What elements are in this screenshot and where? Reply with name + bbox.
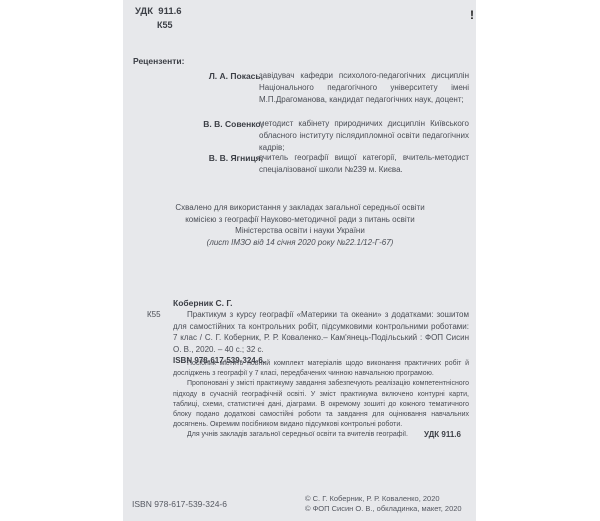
card-index: К55 bbox=[147, 310, 161, 319]
index-code: К55 bbox=[157, 20, 173, 30]
copyright-authors: © С. Г. Коберник, Р. Р. Коваленко, 2020 bbox=[305, 494, 440, 503]
abstract-paragraph: Посібник містить повний комплект матеріа… bbox=[173, 359, 469, 379]
approval-line: Міністерства освіти і науки України bbox=[130, 225, 470, 237]
udk-header: УДК 911.6 bbox=[135, 6, 182, 17]
reviewer-name: Л. А. Покась, bbox=[133, 71, 263, 81]
reviewer-description: методист кабінету природничих дисциплін … bbox=[259, 118, 469, 154]
approval-note: Схвалено для використання у закладах заг… bbox=[130, 202, 470, 248]
approval-letter-ref: (лист ІМЗО від 14 січня 2020 року №22.1/… bbox=[130, 237, 470, 249]
approval-line: Схвалено для використання у закладах заг… bbox=[130, 202, 470, 214]
footer-isbn: ISBN 978-617-539-324-6 bbox=[132, 499, 227, 509]
catalog-card: Практикум з курсу географії «Материки та… bbox=[173, 309, 469, 367]
page-mark: ! bbox=[470, 8, 474, 22]
reviewer-name: В. В. Ягниця, bbox=[133, 153, 263, 163]
udk-bottom: УДК 911.6 bbox=[424, 430, 461, 439]
reviewers-title: Рецензенти: bbox=[133, 56, 184, 66]
card-author: Коберник С. Г. bbox=[173, 298, 233, 308]
reviewer-description: вчитель географії вищої категорії, вчите… bbox=[259, 152, 469, 176]
abstract-paragraph: Пропоновані у змісті практикуму завдання… bbox=[173, 379, 469, 430]
abstract: Посібник містить повний комплект матеріа… bbox=[173, 359, 469, 441]
approval-line: комісією з географії Науково-методичної … bbox=[130, 214, 470, 226]
udk-label: УДК bbox=[135, 6, 153, 17]
copyright-publisher: © ФОП Сисин О. В., обкладинка, макет, 20… bbox=[305, 504, 462, 513]
udk-value: 911.6 bbox=[158, 6, 181, 17]
reviewer-name: В. В. Совенко, bbox=[133, 119, 263, 129]
reviewer-description: завідувач кафедри психолого-педагогічних… bbox=[259, 70, 469, 106]
card-description: Практикум з курсу географії «Материки та… bbox=[173, 309, 469, 355]
